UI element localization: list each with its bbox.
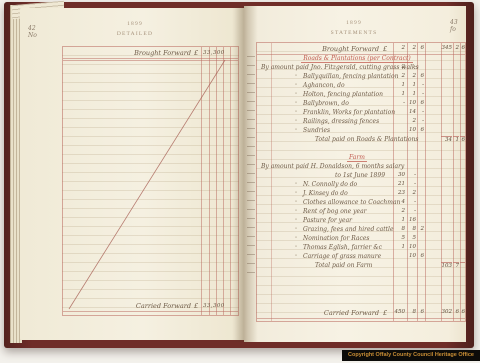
pounds-cell: 1: [392, 244, 405, 250]
ledger-row: Grazing, fees and hired cattle"882: [257, 226, 465, 235]
carried-forward-amount: 33,300: [203, 303, 225, 309]
pounds-cell: 21: [392, 181, 405, 187]
shillings-cell: 2: [407, 73, 416, 79]
pence-cell: 6: [418, 127, 424, 133]
entry-description: Pasture for year: [303, 217, 352, 224]
brought-forward-row: Brought Forward £ 2 2 6 345 2 6: [257, 45, 465, 54]
ledger-row: Rent of bog one year"2-: [257, 208, 465, 217]
total-pence-cell: 6: [460, 136, 465, 143]
shillings-cell: 2: [407, 118, 416, 124]
shillings-cell: -: [407, 64, 416, 70]
entry-description: Franklin, Works for plantation: [303, 109, 395, 116]
entry-description: Rent of bog one year: [303, 208, 367, 215]
ditto-mark: ": [295, 182, 297, 188]
carried-forward-label: Carried Forward: [287, 309, 379, 317]
ledger-row: to 1st June 189930-: [257, 172, 465, 181]
pounds-cell: 2: [392, 208, 405, 214]
total-pence-cell: 6: [460, 45, 465, 51]
shillings-cell: 5: [407, 235, 416, 241]
total-pence-cell: [460, 262, 465, 263]
shillings-cell: -: [407, 181, 416, 187]
pounds-cell: 4: [392, 199, 405, 205]
pence-cell: -: [418, 91, 424, 97]
carried-forward-label: Carried Forward: [93, 302, 191, 310]
ledger-row: By amount paid H. Donaldson, 6 months sa…: [257, 163, 465, 172]
ditto-mark: ": [295, 128, 297, 134]
ditto-mark: ": [295, 191, 297, 197]
ledger-row: Ballyquillan, fencing plantation"226: [257, 73, 465, 82]
pounds-cell: 1: [392, 82, 405, 88]
ditto-mark: ": [295, 83, 297, 89]
pounds-cell: 1: [392, 217, 405, 223]
entry-description: Thomas Eglish, farrier &c: [303, 244, 382, 251]
cancellation-line: [63, 47, 238, 315]
section-total-label: Total paid on Roads & Plantations: [315, 136, 419, 143]
shillings-cell: 10: [407, 127, 416, 133]
page-heading-left: DETAILED: [80, 31, 190, 37]
ledger-row: Thomas Eglish, farrier &c"110: [257, 244, 465, 253]
total-pounds-cell: 34: [441, 136, 452, 143]
pounds-cell: 2: [392, 64, 405, 70]
left-page: 42 No 1899 DETAILED Brought Forward £ 33…: [20, 8, 244, 340]
ledger-row: Sundries"106: [257, 127, 465, 136]
folio-mark: No: [28, 32, 37, 39]
ditto-mark: ": [295, 227, 297, 233]
double-rule: [257, 318, 465, 319]
shillings-cell: 14: [407, 109, 416, 115]
total-pounds-cell: 103: [441, 262, 452, 269]
shillings-cell: -: [407, 208, 416, 214]
ledger-row: J. Kinsey do do"232: [257, 190, 465, 199]
ledger-book: 42 No 1899 DETAILED Brought Forward £ 33…: [4, 2, 474, 348]
pounds-cell: 2: [392, 45, 405, 51]
ditto-mark: ": [295, 254, 297, 260]
ditto-mark: ": [295, 245, 297, 251]
entry-description: Clothes allowance to Coachman: [303, 199, 400, 206]
ledger-row: N. Connolly do do"21-: [257, 181, 465, 190]
pounds-cell: 5: [392, 235, 405, 241]
total-shillings-cell: 7: [453, 262, 459, 269]
shillings-cell: 1: [407, 82, 416, 88]
ditto-mark: ": [295, 110, 297, 116]
spacer-row: [257, 271, 465, 280]
shillings-cell: 10: [407, 253, 416, 259]
entry-description: J. Kinsey do do: [303, 190, 348, 197]
ledger-row: Nomination for Races"55: [257, 235, 465, 244]
total-shillings-cell: 1: [453, 136, 459, 143]
shillings-cell: -: [407, 199, 416, 205]
shillings-cell: 8: [407, 309, 416, 315]
section-total-row: Total paid on Farm1037: [257, 262, 465, 271]
entries: Roads & Plantations (per Contract)By amo…: [257, 55, 465, 280]
date-margin-marks: [247, 56, 255, 281]
entry-description: N. Connolly do do: [303, 181, 357, 188]
entry-description: Aghancon, do: [303, 82, 345, 89]
pence-cell: 6: [418, 73, 424, 79]
ditto-mark: ": [295, 101, 297, 107]
entry-description: Grazing, fees and hired cattle: [303, 226, 394, 233]
pounds-cell: 8: [392, 226, 405, 232]
right-page: 43 fo 1899 STATEMENTS Brought Forward £ …: [244, 6, 466, 342]
currency-symbol: £: [383, 45, 387, 53]
pence-cell: -: [418, 82, 424, 88]
pence-cell: 6: [418, 45, 424, 51]
currency-symbol: £: [194, 302, 198, 310]
section-heading-row: Farm: [257, 154, 465, 163]
folio-mark: fo: [450, 26, 458, 33]
shillings-cell: 16: [407, 217, 416, 223]
folio-number-left: 42 No: [28, 25, 37, 39]
entry-description: By amount paid H. Donaldson, 6 months sa…: [261, 163, 404, 170]
folio-value: 43: [450, 19, 458, 26]
entry-description: Nomination for Races: [303, 235, 369, 242]
ditto-mark: ": [295, 236, 297, 242]
entry-description: to 1st June 1899: [335, 172, 385, 179]
ditto-mark: ": [295, 74, 297, 80]
shillings-cell: 10: [407, 244, 416, 250]
entry-description: Ballyquillan, fencing plantation: [303, 73, 398, 80]
pence-cell: 6: [418, 100, 424, 106]
shillings-cell: 2: [407, 190, 416, 196]
pence-cell: 6: [418, 309, 424, 315]
shillings-cell: -: [407, 172, 416, 178]
pounds-cell: -: [392, 100, 405, 106]
entry-description: Carriage of grass manure: [303, 253, 381, 260]
carried-forward-row: Carried Forward £ 33,300: [63, 302, 238, 311]
section-heading: Farm: [287, 154, 427, 161]
ledger-photo: 42 No 1899 DETAILED Brought Forward £ 33…: [0, 0, 480, 363]
ledger-row: Carriage of grass manure"106: [257, 253, 465, 262]
ledger-row: Franklin, Works for plantation"14-: [257, 109, 465, 118]
ledger-row: Clothes allowance to Coachman"4-: [257, 199, 465, 208]
ditto-mark: ": [295, 119, 297, 125]
entry-description: Holton, fencing plantation: [303, 91, 383, 98]
entry-description: Sundries: [303, 127, 330, 134]
ledger-row: Holton, fencing plantation"11-: [257, 91, 465, 100]
pounds-cell: 30: [392, 172, 405, 178]
folio-value: 42: [28, 25, 37, 32]
pence-cell: -: [418, 118, 424, 124]
section-total-row: Total paid on Roads & Plantations3416: [257, 136, 465, 145]
ledger-row: By amount paid Jno. Fitzgerald, cutting …: [257, 64, 465, 73]
carried-forward-row: Carried Forward £ 450 8 6 302 6 6: [257, 309, 465, 318]
currency-symbol: £: [383, 309, 387, 317]
total-pounds-cell: 302: [441, 309, 452, 315]
ditto-mark: ": [295, 200, 297, 206]
page-heading-right: STATEMENTS: [299, 30, 409, 36]
pounds-cell: 1: [392, 91, 405, 97]
pounds-cell: 450: [392, 309, 405, 315]
spacer-row: [257, 145, 465, 154]
section-heading-row: Roads & Plantations (per Contract): [257, 55, 465, 64]
ruled-frame-left: Brought Forward £ 33,300 Carried Forward…: [62, 46, 239, 316]
ledger-row: Railings, dressing fences"2-: [257, 118, 465, 127]
year-heading-right: 1899: [319, 20, 389, 26]
section-heading: Roads & Plantations (per Contract): [287, 55, 427, 62]
copyright-bar: Copyright Offaly County Council Heritage…: [342, 350, 480, 361]
total-pounds-cell: 345: [441, 45, 452, 51]
total-pence-cell: 6: [460, 309, 465, 315]
section-heading-text: Roads & Plantations (per Contract): [301, 55, 413, 63]
pence-cell: 6: [418, 253, 424, 259]
ruled-frame-right: Brought Forward £ 2 2 6 345 2 6 Roads & …: [256, 42, 466, 322]
total-shillings-cell: 2: [453, 45, 459, 51]
pounds-cell: 2: [392, 73, 405, 79]
shillings-cell: 2: [407, 45, 416, 51]
shillings-cell: 10: [407, 100, 416, 106]
shillings-cell: 1: [407, 91, 416, 97]
shillings-cell: 8: [407, 226, 416, 232]
section-total-label: Total paid on Farm: [315, 262, 372, 269]
year-heading-left: 1899: [100, 21, 170, 27]
pence-cell: 2: [418, 226, 424, 232]
folio-number-right: 43 fo: [450, 19, 458, 33]
ditto-mark: ": [295, 209, 297, 215]
pounds-cell: 23: [392, 190, 405, 196]
entry-description: Railings, dressing fences: [303, 118, 379, 125]
ledger-row: Aghancon, do"11-: [257, 82, 465, 91]
ditto-mark: ": [295, 218, 297, 224]
ditto-mark: ": [295, 92, 297, 98]
total-shillings-cell: 6: [453, 309, 459, 315]
brought-forward-label: Brought Forward: [287, 45, 379, 53]
entry-description: Ballybrown, do: [303, 100, 349, 107]
section-heading-text: Farm: [347, 154, 367, 162]
ledger-row: Pasture for year"116: [257, 217, 465, 226]
ledger-row: Ballybrown, do"-106: [257, 100, 465, 109]
double-rule: [63, 311, 238, 312]
pence-cell: -: [418, 109, 424, 115]
